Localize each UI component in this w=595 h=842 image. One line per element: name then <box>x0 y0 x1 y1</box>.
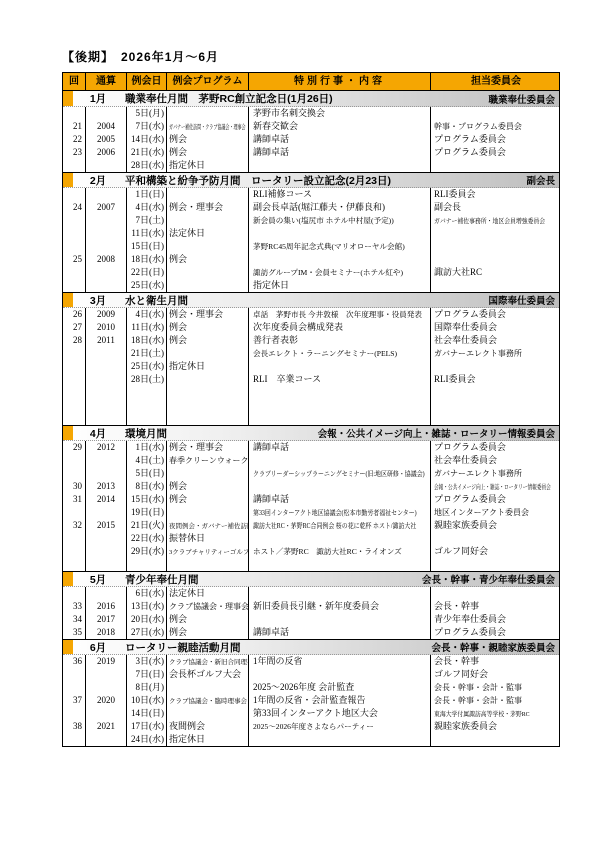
cell-special: クラブリーダーシップラーニングセミナー(旧:地区研修・協議会) <box>249 467 431 480</box>
cell-total: 2008 <box>86 253 127 266</box>
cell-program <box>167 681 249 694</box>
cell-program: 例会 <box>167 493 249 506</box>
cell-total-text: 2013 <box>97 480 115 493</box>
cell-date-text: 5日(月) <box>136 107 165 120</box>
cell-date: 8日(月) <box>127 681 167 694</box>
column-header-2: 例会日 <box>127 73 167 90</box>
cell-committee: RLI委員会 <box>431 373 561 386</box>
cell-committee-text: 国際奉仕委員会 <box>434 321 497 334</box>
cell-date-text: 7日(水) <box>136 120 165 133</box>
cell-total <box>86 240 127 253</box>
cell-committee-text: プログラム委員会 <box>434 133 506 146</box>
cell-total: 2009 <box>86 308 127 321</box>
cell-round-text: 28 <box>73 334 82 347</box>
schedule-row: 37202010日(水)クラブ協議会・臨時理事会1年間の反省・会計監査報告会長・… <box>63 694 559 707</box>
cell-round: 21 <box>63 120 86 133</box>
cell-round-text: 31 <box>73 493 82 506</box>
cell-round <box>63 506 86 519</box>
cell-total <box>86 227 127 240</box>
cell-date-text: 8日(水) <box>136 480 165 493</box>
cell-program-text: 法定休日 <box>169 227 205 240</box>
cell-date: 7日(日) <box>127 668 167 681</box>
cell-round <box>63 399 86 412</box>
cell-program: 指定休日 <box>167 733 249 746</box>
cell-round: 34 <box>63 613 86 626</box>
cell-date-text: 24日(水) <box>131 733 164 746</box>
cell-date-text: 28日(土) <box>131 373 164 386</box>
cell-committee-text: 諏訪大社RC <box>434 266 482 279</box>
cell-special <box>249 399 431 412</box>
cell-program-text: ガバナー補佐訪問・クラブ協議会・理事会 <box>169 121 246 133</box>
month-committee: 会長・幹事・親睦家族委員会 <box>431 640 559 654</box>
cell-special: 次年度委員会構成発表 <box>249 321 431 334</box>
cell-program <box>167 240 249 253</box>
column-header-0: 回 <box>63 73 86 90</box>
cell-total: 2013 <box>86 480 127 493</box>
cell-date: 19日(日) <box>127 506 167 519</box>
cell-program: 振替休日 <box>167 532 249 545</box>
month-accent-block <box>63 426 73 440</box>
cell-committee-text: 社会奉仕委員会 <box>434 454 497 467</box>
cell-date: 4日(水) <box>127 201 167 214</box>
month-accent-block <box>63 293 73 307</box>
schedule-row: 25200818日(水)例会 <box>63 253 559 266</box>
cell-total-text: 2009 <box>97 308 115 321</box>
cell-special: 2025～2026年度 会計監査 <box>249 681 431 694</box>
cell-special-text: 1年間の反省・会計監査報告 <box>253 694 366 707</box>
cell-round-text: 25 <box>73 253 82 266</box>
cell-special <box>249 412 431 425</box>
cell-date-text: 21日(水) <box>131 146 164 159</box>
cell-special-text: 会長エレクト・ラーニングセミナー(PELS) <box>253 347 397 360</box>
schedule-row: 25日(水)指定休日 <box>63 360 559 373</box>
cell-special-text: 2025～2026年度さよならパーティー <box>253 720 374 733</box>
cell-round <box>63 107 86 120</box>
cell-program: ガバナー補佐訪問・クラブ協議会・理事会 <box>167 120 249 133</box>
cell-total-text: 2004 <box>97 120 115 133</box>
cell-special: 第33回インターアクト地区大会 <box>249 707 431 720</box>
schedule-row: 8日(月)2025～2026年度 会計監査会長・幹事・会計・監事 <box>63 681 559 694</box>
cell-special: 会長エレクト・ラーニングセミナー(PELS) <box>249 347 431 360</box>
cell-committee-text: 会長・幹事・会計・監事 <box>434 681 522 694</box>
cell-date-text: 6日(水) <box>136 587 165 600</box>
cell-total <box>86 188 127 201</box>
document-page: 【後期】 2026年1月～6月 回通算例会日例会プログラム特別行事・内容担当委員… <box>0 0 595 842</box>
cell-date: 15日(日) <box>127 240 167 253</box>
cell-committee: 社会奉仕委員会 <box>431 334 561 347</box>
cell-total-text: 2007 <box>97 201 115 214</box>
month-name: 1月 <box>83 91 113 106</box>
cell-date: 29日(水) <box>127 545 167 558</box>
cell-special <box>249 668 431 681</box>
cell-committee <box>431 412 561 425</box>
cell-date <box>127 558 167 571</box>
cell-date-text: 21日(火) <box>131 519 164 532</box>
cell-special <box>249 386 431 399</box>
cell-special: 新会員の集い(塩尻市 ホテル中村屋(予定)) <box>249 214 431 227</box>
cell-committee <box>431 279 561 292</box>
cell-date: 3日(水) <box>127 655 167 668</box>
cell-committee-text: 親睦家族委員会 <box>434 720 497 733</box>
cell-date-text: 20日(水) <box>131 613 164 626</box>
cell-date-text: 19日(日) <box>131 506 164 519</box>
cell-total-text: 2011 <box>97 334 115 347</box>
schedule-row: 1日(日)RLI補修コースRLI委員会 <box>63 188 559 201</box>
cell-program <box>167 373 249 386</box>
cell-date-text: 14日(水) <box>131 133 164 146</box>
cell-date: 4日(土) <box>127 454 167 467</box>
cell-total-text: 2020 <box>97 694 115 707</box>
cell-date: 11日(水) <box>127 321 167 334</box>
cell-round-text: 32 <box>73 519 82 532</box>
cell-program-text: 例会 <box>169 133 187 146</box>
schedule-row <box>63 412 559 425</box>
cell-committee-text: RLI委員会 <box>434 373 476 386</box>
cell-committee: ガバナーエレクト事務所 <box>431 347 561 360</box>
cell-special: 副会長卓話(堀江藤夫・伊藤良和) <box>249 201 431 214</box>
schedule-row: 6日(水)法定休日 <box>63 587 559 600</box>
cell-program: 例会・理事会 <box>167 441 249 454</box>
cell-total: 2011 <box>86 334 127 347</box>
month-bar: 6月ロータリー親睦活動月間会長・幹事・親睦家族委員会 <box>63 639 559 655</box>
cell-round-text: 36 <box>73 655 82 668</box>
cell-program <box>167 279 249 292</box>
table-body: 1月職業奉仕月間 茅野RC創立記念日(1月26日)職業奉仕委員会5日(月)茅野市… <box>63 91 559 746</box>
cell-program: 例会 <box>167 133 249 146</box>
cell-date <box>127 386 167 399</box>
cell-committee-text: プログラム委員会 <box>434 493 506 506</box>
cell-program: 夜間例会 <box>167 720 249 733</box>
cell-special: 2025～2026年度さよならパーティー <box>249 720 431 733</box>
cell-round: 35 <box>63 626 86 639</box>
cell-program: 例会 <box>167 146 249 159</box>
cell-date-text: 28日(水) <box>131 159 164 172</box>
cell-program-text: 例会 <box>169 613 187 626</box>
cell-date-text: 22日(水) <box>131 532 164 545</box>
cell-special <box>249 159 431 172</box>
cell-special <box>249 733 431 746</box>
cell-date-text: 17日(水) <box>131 720 164 733</box>
cell-committee-text: 会報・公共イメージ向上・雑誌・ロータリー情報委員会 <box>434 481 551 493</box>
month-accent-block <box>63 640 73 654</box>
cell-committee: プログラム委員会 <box>431 441 561 454</box>
cell-program-text: 3クラブチャリティーゴルフ大会 <box>169 546 249 558</box>
schedule-row: 28日(水)指定休日 <box>63 159 559 172</box>
cell-total-text: 2016 <box>97 600 115 613</box>
cell-round <box>63 545 86 558</box>
cell-round: 30 <box>63 480 86 493</box>
cell-total <box>86 386 127 399</box>
cell-special <box>249 587 431 600</box>
cell-committee-text: 会長・幹事 <box>434 655 479 668</box>
cell-special: RLI 卒業コース <box>249 373 431 386</box>
cell-committee: 国際奉仕委員会 <box>431 321 561 334</box>
month-theme-title: 平和構築と紛争予防月間 ロータリー設立記念(2月23日) <box>125 173 391 188</box>
month-accent-block <box>63 91 73 106</box>
cell-program-text: 振替休日 <box>169 532 205 545</box>
cell-committee: プログラム委員会 <box>431 133 561 146</box>
cell-program: 指定休日 <box>167 360 249 373</box>
cell-total: 2016 <box>86 600 127 613</box>
cell-round-text: 35 <box>73 626 82 639</box>
schedule-row: 3620193日(水)クラブ協議会・新旧合同理事会1年間の反省会長・幹事 <box>63 655 559 668</box>
cell-special <box>249 558 431 571</box>
cell-round-text: 29 <box>73 441 82 454</box>
month-name: 2月 <box>83 173 113 188</box>
cell-committee: 社会奉仕委員会 <box>431 454 561 467</box>
schedule-row: 19日(日)第33回インターアクト地区協議会(松本市勤労者福祉センター)地区イン… <box>63 506 559 519</box>
month-theme-title: 職業奉仕月間 茅野RC創立記念日(1月26日) <box>125 91 333 106</box>
cell-committee-text: 親睦家族委員会 <box>434 519 497 532</box>
cell-committee <box>431 253 561 266</box>
cell-date: 28日(水) <box>127 159 167 172</box>
cell-program-text: 例会 <box>169 146 187 159</box>
cell-committee-text: 青少年奉仕委員会 <box>434 613 506 626</box>
cell-special: 指定休日 <box>249 279 431 292</box>
cell-program <box>167 558 249 571</box>
cell-round <box>63 279 86 292</box>
cell-round: 32 <box>63 519 86 532</box>
cell-round <box>63 240 86 253</box>
cell-committee: 副会長 <box>431 201 561 214</box>
cell-date: 15日(水) <box>127 493 167 506</box>
cell-date: 18日(水) <box>127 334 167 347</box>
schedule-row: 7日(日)会長杯ゴルフ大会ゴルフ同好会 <box>63 668 559 681</box>
cell-date: 21日(水) <box>127 146 167 159</box>
cell-special: 講師卓話 <box>249 133 431 146</box>
cell-total-text: 2021 <box>97 720 115 733</box>
cell-date: 1日(日) <box>127 188 167 201</box>
cell-special <box>249 454 431 467</box>
cell-special-text: 指定休日 <box>253 279 289 292</box>
cell-special: 講師卓話 <box>249 441 431 454</box>
schedule-row <box>63 386 559 399</box>
cell-special-text: 新会員の集い(塩尻市 ホテル中村屋(予定)) <box>253 214 394 227</box>
cell-round: 26 <box>63 308 86 321</box>
cell-round: 23 <box>63 146 86 159</box>
cell-program <box>167 506 249 519</box>
cell-special: 新旧委員長引継・新年度委員会 <box>249 600 431 613</box>
cell-total: 2012 <box>86 441 127 454</box>
cell-date: 7日(土) <box>127 214 167 227</box>
cell-committee-text: ガバナーエレクト事務所 <box>434 467 522 480</box>
cell-committee <box>431 532 561 545</box>
cell-date <box>127 412 167 425</box>
cell-total: 2007 <box>86 201 127 214</box>
cell-round <box>63 412 86 425</box>
cell-total: 2017 <box>86 613 127 626</box>
schedule-row: 14日(日)第33回インターアクト地区大会東海大学付属諏訪高等学校・茅野RC <box>63 707 559 720</box>
cell-program: 夜間例会・ガバナー補佐訪問例会 <box>167 519 249 532</box>
cell-total-text: 2006 <box>97 146 115 159</box>
cell-round <box>63 266 86 279</box>
cell-program <box>167 386 249 399</box>
cell-committee: 東海大学付属諏訪高等学校・茅野RC <box>431 707 561 720</box>
cell-special-text: RLI補修コース <box>253 188 312 201</box>
cell-program: 法定休日 <box>167 587 249 600</box>
cell-total: 2005 <box>86 133 127 146</box>
schedule-row: 5日(月)茅野市名刺交換会 <box>63 107 559 120</box>
cell-program: 例会 <box>167 334 249 347</box>
month-bar: 2月平和構築と紛争予防月間 ロータリー設立記念(2月23日)副会長 <box>63 172 559 188</box>
cell-special: 諏訪大社RC・茅野RC合同例会 桜の花に乾杯 ホスト/諏訪大社 <box>249 519 431 532</box>
cell-committee <box>431 107 561 120</box>
cell-date-text: 7日(日) <box>136 668 165 681</box>
cell-special: 諏訪グループIM・会員セミナー(ホテル紅や) <box>249 266 431 279</box>
cell-committee <box>431 240 561 253</box>
cell-special-text: ホスト／茅野RC 諏訪大社RC・ライオンズ <box>253 545 402 558</box>
cell-program-text: クラブ協議会・新旧合同理事会 <box>169 656 249 668</box>
cell-date-text: 27日(水) <box>131 626 164 639</box>
schedule-row: 29日(水)3クラブチャリティーゴルフ大会ホスト／茅野RC 諏訪大社RC・ライオ… <box>63 545 559 558</box>
cell-date-text: 3日(水) <box>136 655 165 668</box>
cell-round-text: 26 <box>73 308 82 321</box>
cell-date: 13日(水) <box>127 600 167 613</box>
cell-committee: プログラム委員会 <box>431 626 561 639</box>
cell-special: 第33回インターアクト地区協議会(松本市勤労者福祉センター) <box>249 506 431 519</box>
cell-program: 例会・理事会 <box>167 308 249 321</box>
cell-total <box>86 558 127 571</box>
cell-special: 卓話 茅野市長 今井敦様 次年度理事・役員発表 <box>249 308 431 321</box>
month-bar: 3月水と衛生月間国際奉仕委員会 <box>63 292 559 308</box>
schedule-row: 4日(土)春季クリーンウォーク社会奉仕委員会 <box>63 454 559 467</box>
cell-special-text: 第33回インターアクト地区協議会(松本市勤労者福祉センター) <box>253 507 417 519</box>
cell-committee: 会報・公共イメージ向上・雑誌・ロータリー情報委員会 <box>431 480 561 493</box>
cell-total: 2004 <box>86 120 127 133</box>
cell-total <box>86 454 127 467</box>
cell-date: 21日(土) <box>127 347 167 360</box>
cell-round-text: 33 <box>73 600 82 613</box>
cell-date: 1日(水) <box>127 441 167 454</box>
cell-round <box>63 467 86 480</box>
cell-special-text: 第33回インターアクト地区大会 <box>253 707 378 720</box>
cell-date: 7日(水) <box>127 120 167 133</box>
schedule-row: 2920121日(水)例会・理事会講師卓話プログラム委員会 <box>63 441 559 454</box>
cell-round <box>63 454 86 467</box>
cell-special-text: 講師卓話 <box>253 146 289 159</box>
cell-committee-text: プログラム委員会 <box>434 308 506 321</box>
cell-special-text: 講師卓話 <box>253 133 289 146</box>
cell-program-text: 例会 <box>169 253 187 266</box>
cell-special <box>249 253 431 266</box>
cell-special: 講師卓話 <box>249 146 431 159</box>
schedule-row <box>63 399 559 412</box>
page-title: 【後期】 2026年1月～6月 <box>62 48 562 65</box>
cell-special <box>249 227 431 240</box>
cell-date: 20日(水) <box>127 613 167 626</box>
cell-committee <box>431 360 561 373</box>
cell-total: 2020 <box>86 694 127 707</box>
cell-special-text: 1年間の反省 <box>253 655 303 668</box>
month-theme-title: 水と衛生月間 <box>125 293 188 308</box>
cell-program <box>167 347 249 360</box>
cell-special-text: 茅野RC45周年記念式典(マリオローヤル会館) <box>253 240 405 253</box>
cell-date: 24日(水) <box>127 733 167 746</box>
cell-program: 指定休日 <box>167 159 249 172</box>
cell-special <box>249 613 431 626</box>
cell-program: 例会・理事会 <box>167 201 249 214</box>
cell-total-text: 2018 <box>97 626 115 639</box>
cell-total <box>86 733 127 746</box>
cell-round-text: 24 <box>73 201 82 214</box>
cell-program: クラブ協議会・理事会 <box>167 600 249 613</box>
cell-committee-text: ガバナーエレクト事務所 <box>434 347 522 360</box>
cell-program: 例会 <box>167 321 249 334</box>
cell-committee: 幹事・プログラム委員会 <box>431 120 561 133</box>
cell-committee: 会長・幹事・会計・監事 <box>431 681 561 694</box>
month-bar: 5月青少年奉仕月間会長・幹事・青少年奉仕委員会 <box>63 571 559 587</box>
schedule-row: 27201011日(水)例会次年度委員会構成発表国際奉仕委員会 <box>63 321 559 334</box>
schedule-document: 【後期】 2026年1月～6月 回通算例会日例会プログラム特別行事・内容担当委員… <box>62 48 562 747</box>
cell-date-text: 25日(水) <box>131 279 164 292</box>
cell-committee: ガバナーエレクト事務所 <box>431 467 561 480</box>
cell-program-text: 法定休日 <box>169 587 205 600</box>
cell-round <box>63 360 86 373</box>
cell-committee-text: 会長・幹事 <box>434 600 479 613</box>
cell-committee: プログラム委員会 <box>431 493 561 506</box>
cell-committee <box>431 399 561 412</box>
month-theme-title: ロータリー親睦活動月間 <box>125 640 241 655</box>
cell-date-text: 11日(水) <box>131 321 164 334</box>
schedule-row <box>63 558 559 571</box>
cell-date: 5日(月) <box>127 107 167 120</box>
cell-date: 18日(水) <box>127 253 167 266</box>
cell-committee: ガバナー補佐事務所・地区会員増強委員会 <box>431 214 561 227</box>
cell-round <box>63 373 86 386</box>
cell-committee-text: 地区インターアクト委員会 <box>434 506 529 519</box>
cell-date: 27日(水) <box>127 626 167 639</box>
cell-date: 11日(水) <box>127 227 167 240</box>
cell-date-text: 7日(土) <box>136 214 165 227</box>
cell-date: 14日(日) <box>127 707 167 720</box>
cell-committee-text: 幹事・プログラム委員会 <box>434 120 522 133</box>
cell-total-text: 2019 <box>97 655 115 668</box>
cell-date-text: 13日(水) <box>131 600 164 613</box>
cell-program: 春季クリーンウォーク <box>167 454 249 467</box>
cell-special-text: 新旧委員長引継・新年度委員会 <box>253 600 379 613</box>
cell-committee <box>431 386 561 399</box>
cell-special-text: クラブリーダーシップラーニングセミナー(旧:地区研修・協議会) <box>253 468 425 480</box>
schedule-row: 24日(水)指定休日 <box>63 733 559 746</box>
cell-program: 例会 <box>167 626 249 639</box>
cell-date: 28日(土) <box>127 373 167 386</box>
cell-committee: プログラム委員会 <box>431 308 561 321</box>
schedule-row: 38202117日(水)夜間例会2025～2026年度さよならパーティー親睦家族… <box>63 720 559 733</box>
cell-round: 27 <box>63 321 86 334</box>
month-committee: 会長・幹事・青少年奉仕委員会 <box>422 572 559 586</box>
cell-date-text: 4日(土) <box>136 454 165 467</box>
cell-program <box>167 412 249 425</box>
cell-program-text: 春季クリーンウォーク <box>169 454 249 467</box>
cell-committee-text: ガバナー補佐事務所・地区会員増強委員会 <box>434 215 545 227</box>
schedule-table: 回通算例会日例会プログラム特別行事・内容担当委員会 1月職業奉仕月間 茅野RC創… <box>62 72 560 747</box>
schedule-row: 2620094日(水)例会・理事会卓話 茅野市長 今井敦様 次年度理事・役員発表… <box>63 308 559 321</box>
cell-round <box>63 587 86 600</box>
cell-date-text: 5日(日) <box>136 467 165 480</box>
cell-program-text: 例会 <box>169 480 187 493</box>
cell-round <box>63 214 86 227</box>
cell-total: 2021 <box>86 720 127 733</box>
month-theme-title: 環境月間 <box>125 426 167 441</box>
cell-round: 25 <box>63 253 86 266</box>
cell-special: 善行者表彰 <box>249 334 431 347</box>
cell-total <box>86 347 127 360</box>
cell-special: 講師卓話 <box>249 493 431 506</box>
cell-date-text: 22日(日) <box>131 266 164 279</box>
cell-total <box>86 707 127 720</box>
cell-program-text: 夜間例会 <box>169 720 205 733</box>
month-bar: 1月職業奉仕月間 茅野RC創立記念日(1月26日)職業奉仕委員会 <box>63 91 559 107</box>
